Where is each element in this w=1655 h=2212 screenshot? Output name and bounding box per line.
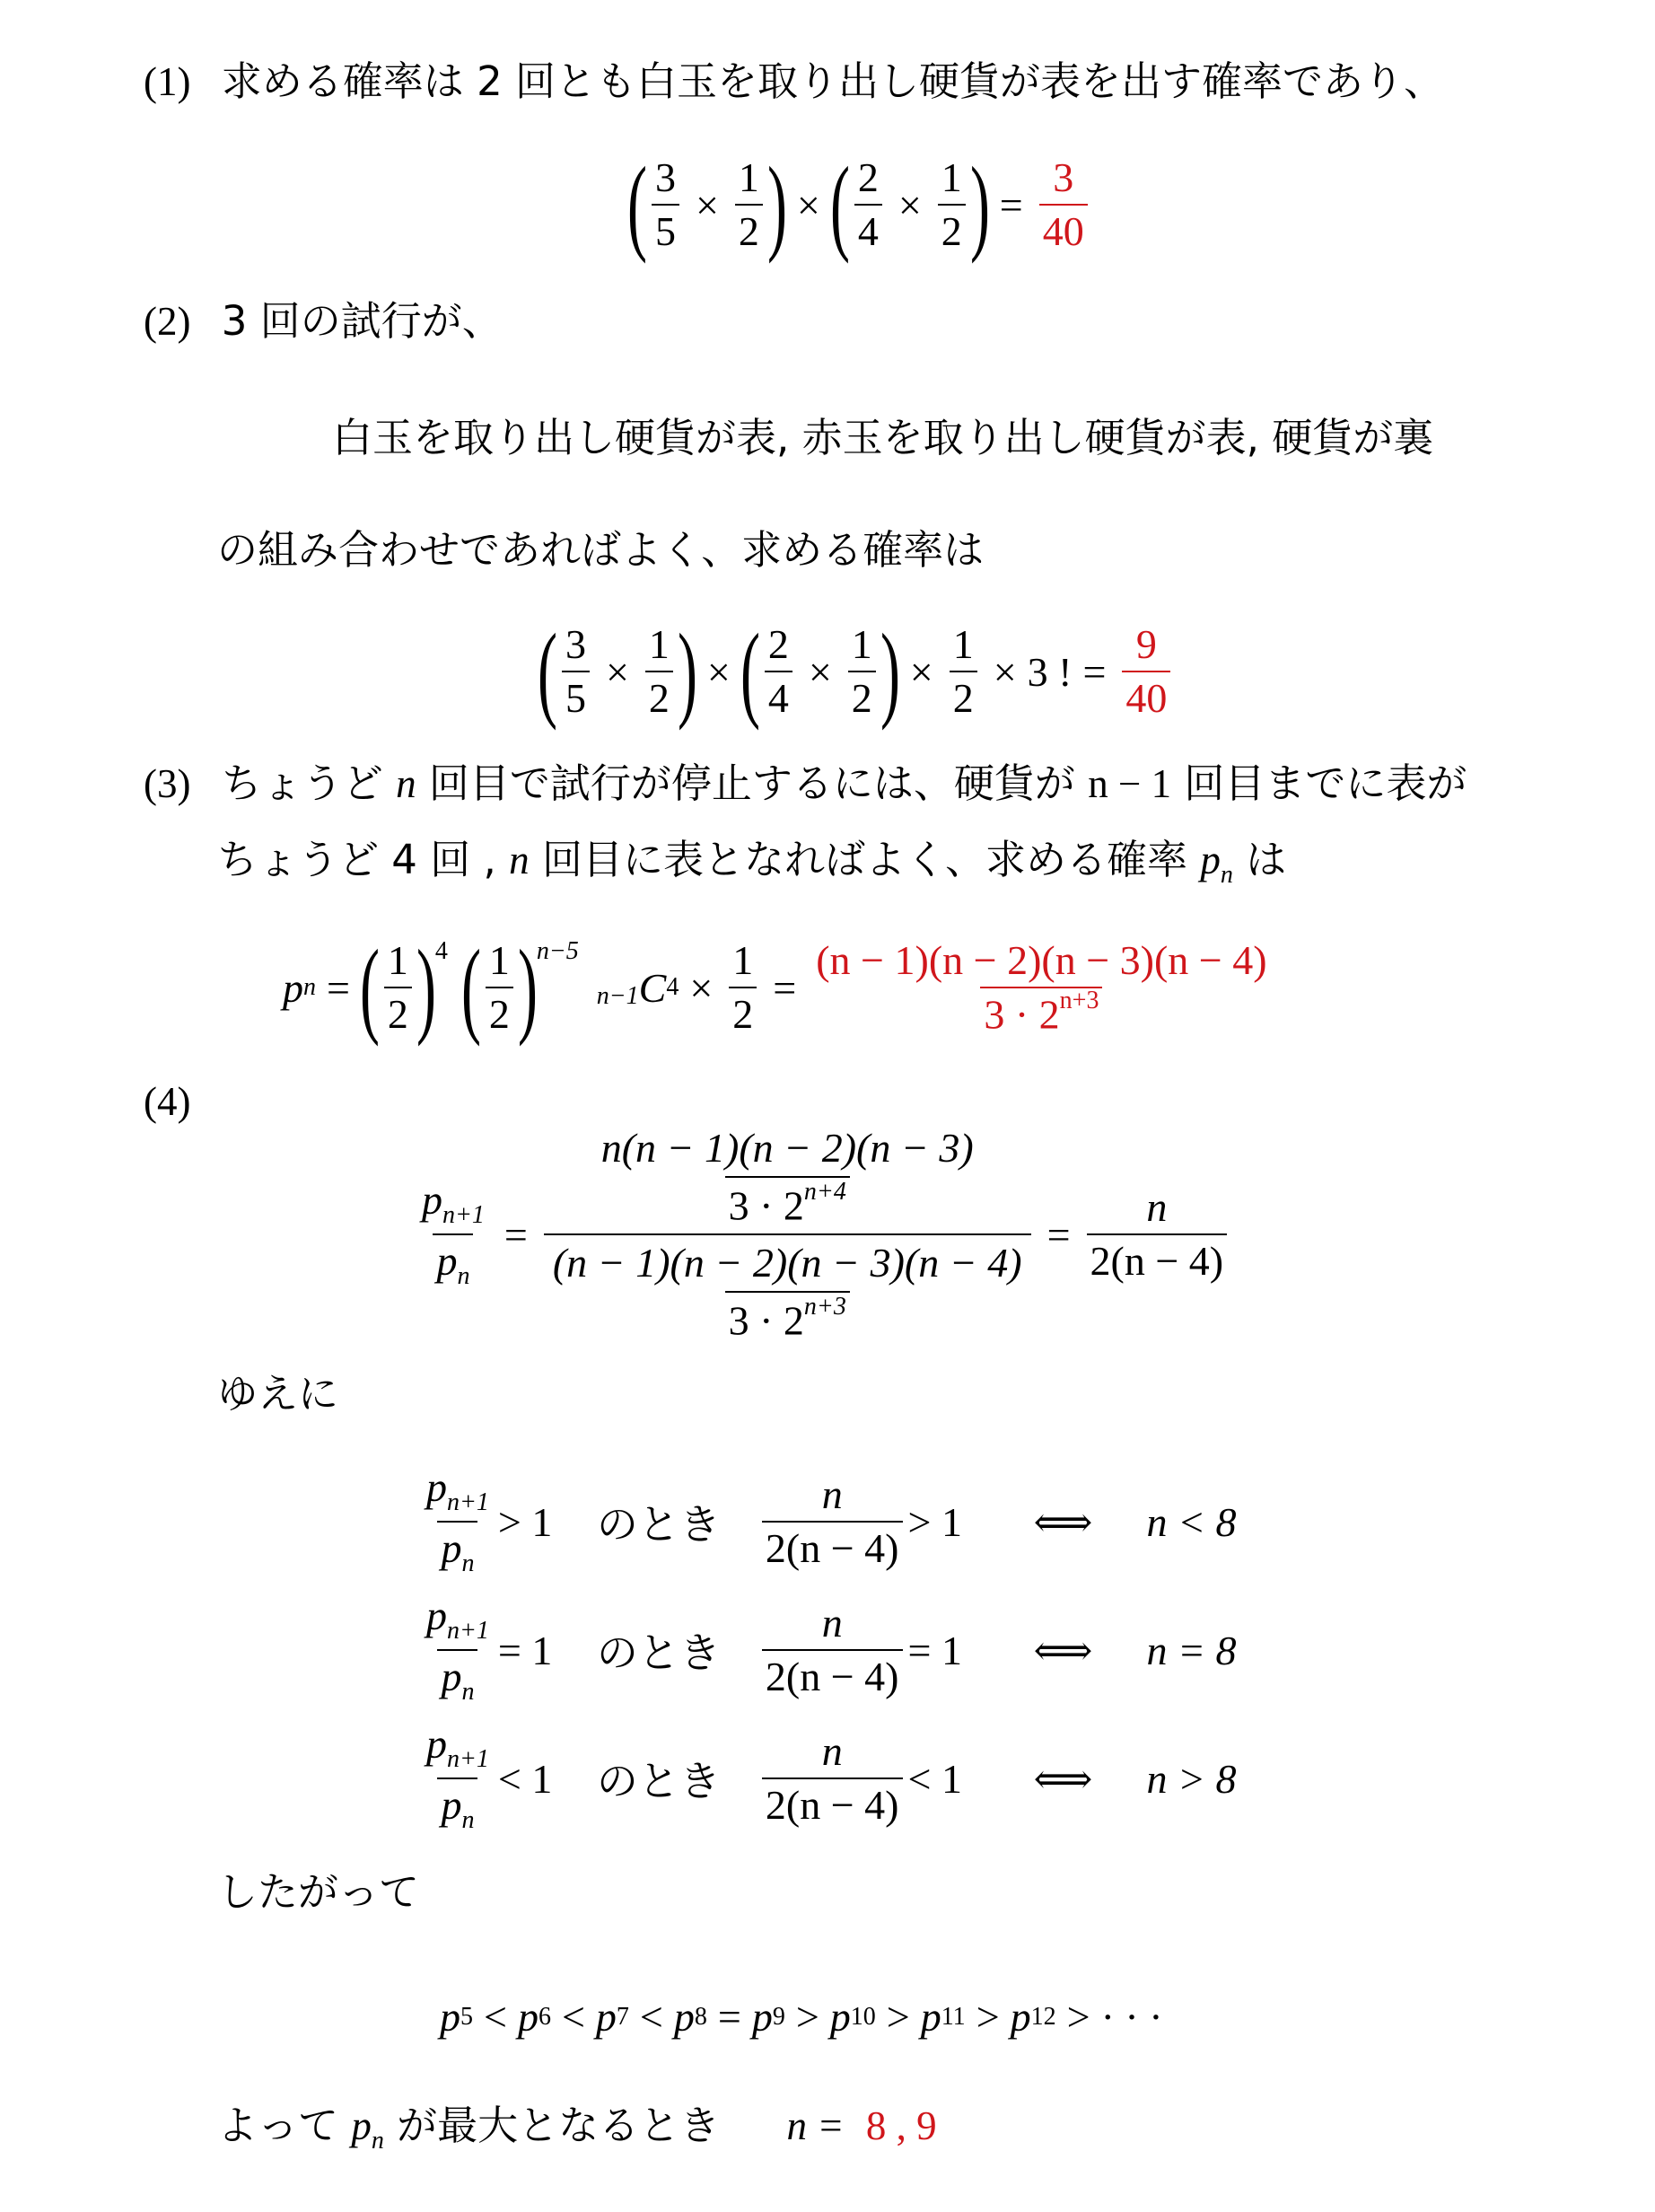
equals-sign: =	[1000, 181, 1023, 229]
fraction: 24	[765, 624, 792, 719]
fraction: 12	[848, 624, 876, 719]
left-paren: (	[830, 151, 850, 259]
times-sign: ×	[689, 964, 713, 1012]
fraction: 12	[486, 940, 513, 1035]
answer-fraction: 940	[1122, 624, 1170, 719]
case-result: n > 8	[1146, 1755, 1236, 1803]
equals-sign: =	[504, 1211, 528, 1259]
left-paren: (	[740, 618, 760, 725]
case-row-3: pn+1pn < 1 のとき n2(n − 4) < 1 ⟺ n > 8	[417, 1729, 1237, 1828]
therefore-text: ゆえに	[217, 1374, 338, 1414]
relation: > 1	[908, 1498, 980, 1546]
right-paren: )	[678, 618, 697, 725]
ellipsis: · · ·	[1101, 1993, 1163, 2041]
factorial: 3 !	[1028, 648, 1073, 696]
math-var: n	[396, 761, 416, 806]
fraction: 35	[652, 157, 679, 252]
result-fraction: n2(n − 4)	[1087, 1187, 1228, 1282]
part3-equation: pn = ( 12 ) 4 ( 12 ) n−5 n−1C4 × 12 = (n…	[283, 925, 1276, 1050]
left-paren: (	[360, 934, 380, 1041]
relation: = 1	[908, 1627, 980, 1674]
iff-arrow-icon: ⟺	[1034, 1626, 1093, 1674]
conclusion-line: よって pn が最大となるとき n = 8 , 9	[217, 2105, 937, 2154]
text: は	[1233, 836, 1286, 883]
part2-line: (2) 3 回の試行が、	[144, 301, 503, 342]
answer-fraction: 340	[1039, 157, 1088, 252]
part1-equation: ( 35 × 12 ) × ( 24 × 12 ) = 340	[628, 151, 1093, 259]
inequality-chain: p5< p6< p7< p8= p9> p10> p11> p12> · · ·	[440, 1993, 1163, 2041]
times-sign: ×	[994, 648, 1017, 696]
n-equals: n =	[786, 2103, 844, 2148]
text: ちょうど	[222, 759, 396, 807]
relation: > 1	[498, 1498, 570, 1546]
right-paren: )	[518, 934, 538, 1041]
text: が最大となるとき	[384, 2102, 720, 2149]
equals-sign: =	[1082, 648, 1106, 696]
math-expr: n − 1	[1088, 761, 1171, 806]
part3-line1: (3) ちょうど n 回目で試行が停止するには、硬貨が n − 1 回目までに表…	[144, 763, 1467, 804]
left-paren: (	[627, 151, 647, 259]
fraction: 12	[645, 624, 673, 719]
text: 回目で試行が停止するには、硬貨が	[416, 759, 1089, 807]
part2-equation: ( 35 × 12 ) × ( 24 × 12 ) × 12 × 3 ! = 9…	[539, 618, 1176, 725]
times-sign: ×	[606, 648, 629, 696]
left-paren: (	[461, 934, 481, 1041]
right-paren: )	[880, 618, 900, 725]
fraction: 12	[384, 940, 412, 1035]
combination-symbol: C	[639, 964, 667, 1012]
part3-line2: ちょうど 4 回 , n 回目に表となればよく、求める確率 pn は	[217, 839, 1286, 888]
subscript: n	[1221, 861, 1233, 889]
part4-label: (4)	[144, 1082, 190, 1122]
case-row-1: pn+1pn > 1 のとき n2(n − 4) > 1 ⟺ n < 8	[417, 1472, 1237, 1571]
pn-symbol: p	[283, 964, 303, 1012]
notoki-text: のとき	[597, 1749, 721, 1808]
right-paren: )	[970, 151, 990, 259]
fraction: 12	[729, 940, 757, 1035]
relation: < 1	[908, 1755, 980, 1803]
part1-label: (1)	[144, 59, 190, 104]
fraction: 12	[735, 157, 763, 252]
subscript: 4	[666, 973, 679, 1002]
times-sign: ×	[797, 181, 820, 229]
fraction: 12	[938, 157, 966, 252]
part2-center-text: 白玉を取り出し硬貨が表, 赤玉を取り出し硬貨が表, 硬貨が裏	[332, 417, 1433, 458]
times-sign: ×	[707, 648, 731, 696]
iff-arrow-icon: ⟺	[1034, 1497, 1093, 1546]
equals-sign: =	[773, 964, 796, 1012]
exponent: 4	[435, 937, 448, 966]
subscript: n	[303, 973, 316, 1002]
relation: = 1	[498, 1627, 570, 1674]
times-sign: ×	[696, 181, 719, 229]
compound-fraction: n(n − 1)(n − 2)(n − 3)3 · 2n+4 (n − 1)(n…	[544, 1120, 1031, 1349]
text: 回目に表となればよく、求める確率	[530, 836, 1201, 883]
equals-sign: =	[1047, 1211, 1071, 1259]
case-row-2: pn+1pn = 1 のとき n2(n − 4) = 1 ⟺ n = 8	[417, 1601, 1237, 1699]
part2-label: (2)	[144, 299, 190, 344]
notoki-text: のとき	[597, 1620, 721, 1680]
times-sign: ×	[898, 181, 922, 229]
ratio-fraction: pn+1 pn	[418, 1180, 488, 1289]
case-result: n = 8	[1146, 1627, 1236, 1674]
final-answer: 8 , 9	[866, 2103, 937, 2148]
times-sign: ×	[910, 648, 933, 696]
iff-arrow-icon: ⟺	[1034, 1754, 1093, 1803]
text: よって	[217, 2102, 351, 2149]
fraction: 12	[950, 624, 977, 719]
text: ちょうど 4 回 ,	[217, 836, 509, 883]
fraction: 35	[562, 624, 590, 719]
notoki-text: のとき	[597, 1492, 721, 1551]
part1-line: (1) 求める確率は 2 回とも白玉を取り出し硬貨が表を出す確率であり、	[144, 61, 1444, 102]
equals-sign: =	[327, 964, 350, 1012]
relation: < 1	[498, 1755, 570, 1803]
part2-text: 3 回の試行が、	[222, 297, 503, 345]
left-paren: (	[538, 618, 557, 725]
right-paren: )	[416, 934, 436, 1041]
fraction: 24	[854, 157, 882, 252]
part2-text2: の組み合わせであればよく、求める確率は	[217, 530, 984, 570]
times-sign: ×	[809, 648, 832, 696]
right-paren: )	[767, 151, 787, 259]
text: 回目までに表が	[1171, 759, 1467, 807]
hence-text: したがって	[217, 1872, 419, 1912]
exponent: n−5	[537, 937, 579, 966]
case-result: n < 8	[1146, 1498, 1236, 1546]
part3-label: (3)	[144, 761, 190, 806]
comb-prefix: n−1	[597, 982, 639, 1011]
math-var: p	[1200, 838, 1221, 882]
part4-equation: pn+1 pn = n(n − 1)(n − 2)(n − 3)3 · 2n+4…	[413, 1127, 1232, 1342]
answer-fraction: (n − 1)(n − 2)(n − 3)(n − 4)3 · 2n+3	[812, 940, 1270, 1035]
math-var: n	[509, 838, 530, 882]
part1-text: 求める確率は 2 回とも白玉を取り出し硬貨が表を出す確率であり、	[222, 57, 1444, 105]
